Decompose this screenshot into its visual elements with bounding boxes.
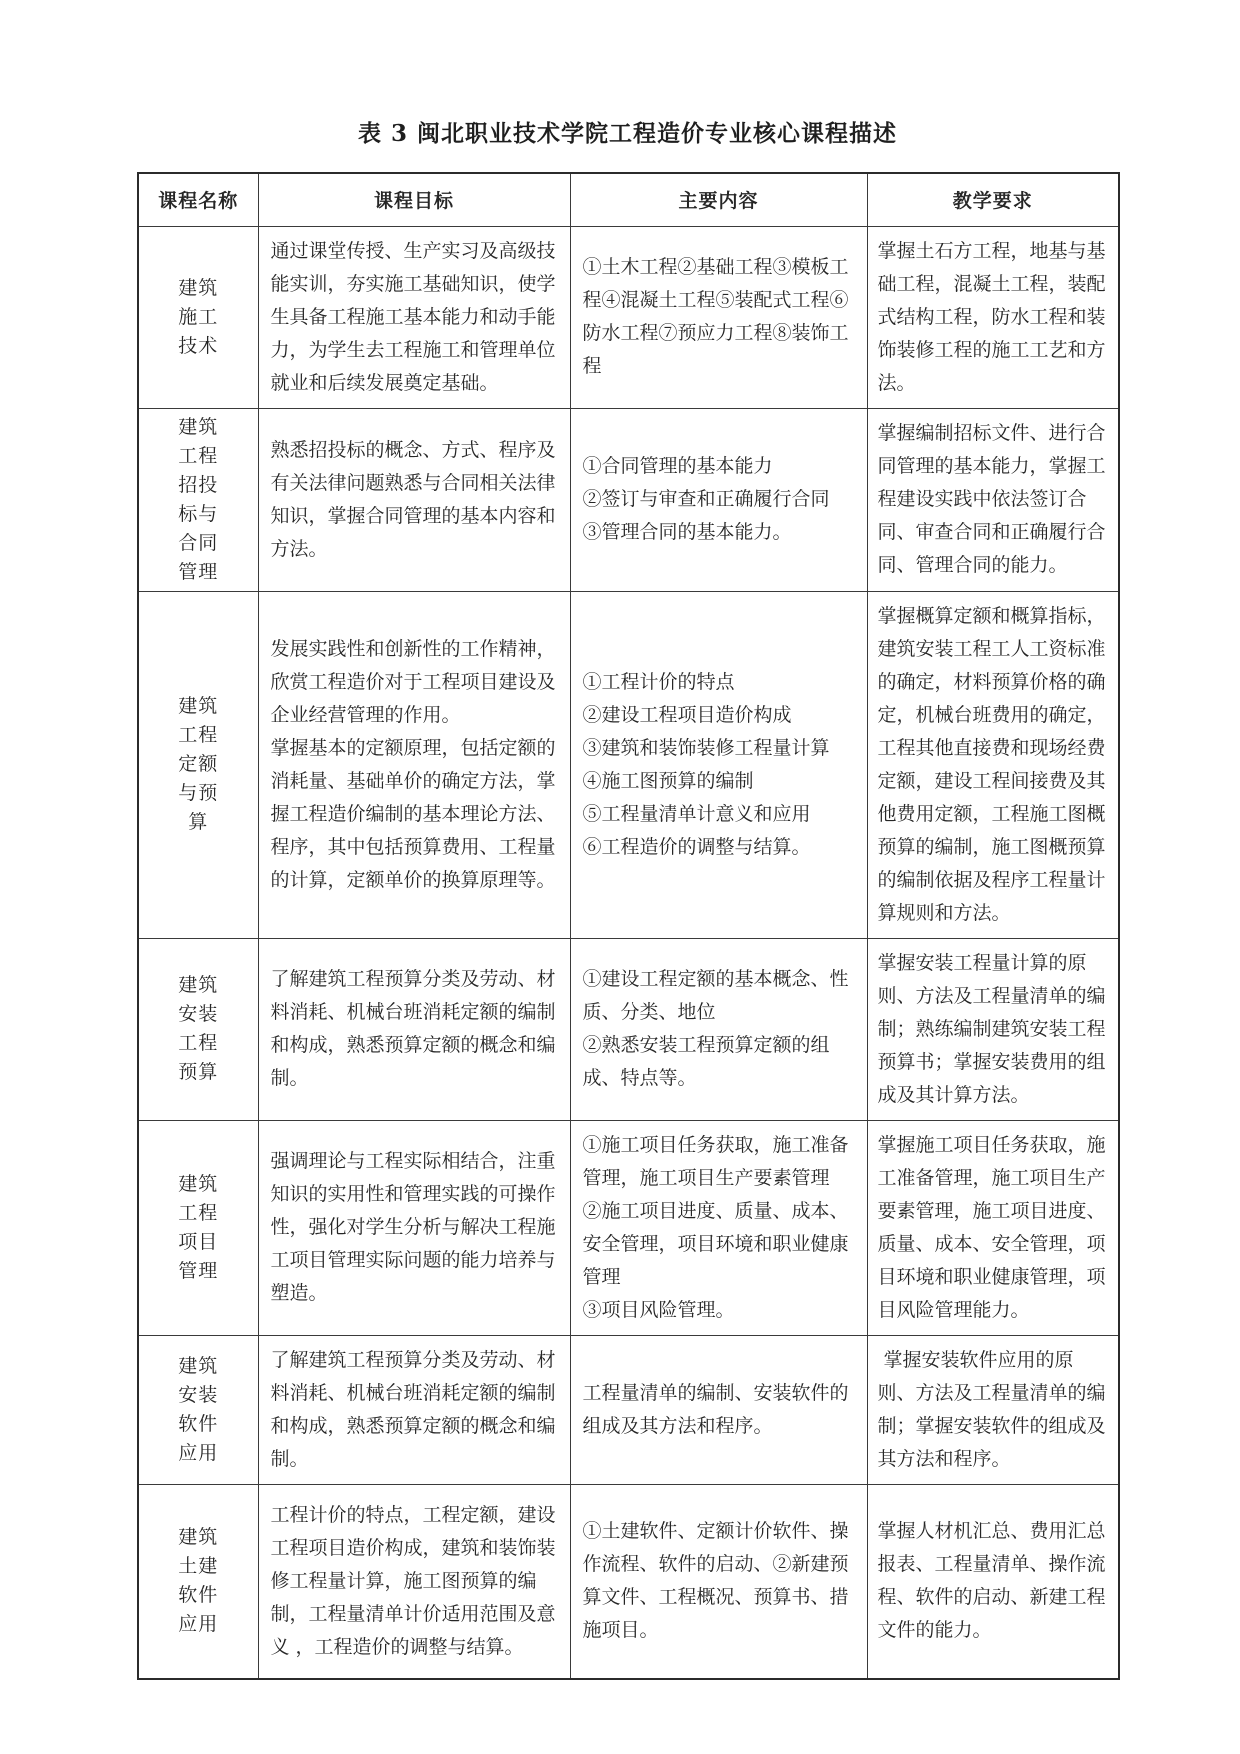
- cell-objectives: 熟悉招投标的概念、方式、程序及有关法律问题熟悉与合同相关法律知识，掌握合同管理的…: [258, 408, 570, 591]
- cell-course-name: 建筑 土建 软件 应用: [138, 1484, 258, 1679]
- table-row: 建筑 工程 招投 标与 合同 管理 熟悉招投标的概念、方式、程序及有关法律问题熟…: [138, 408, 1119, 591]
- table-row: 建筑 工程 定额 与预 算 发展实践性和创新性的工作精神，欣赏工程造价对于工程项…: [138, 591, 1119, 938]
- cell-course-name: 建筑 工程 项目 管理: [138, 1120, 258, 1335]
- cell-main-content: ①土建软件、定额计价软件、操作流程、软件的启动、②新建预算文件、工程概况、预算书…: [570, 1484, 867, 1679]
- cell-teaching-requirements: 掌握概算定额和概算指标，建筑安装工程工人工资标准的确定，材料预算价格的确定，机械…: [867, 591, 1119, 938]
- cell-teaching-requirements: 掌握安装工程量计算的原则、方法及工程量清单的编制；熟练编制建筑安装工程预算书；掌…: [867, 938, 1119, 1120]
- cell-objectives: 发展实践性和创新性的工作精神，欣赏工程造价对于工程项目建设及企业经营管理的作用。…: [258, 591, 570, 938]
- cell-course-name: 建筑 安装 软件 应用: [138, 1335, 258, 1484]
- cell-course-name: 建筑 施工 技术: [138, 226, 258, 408]
- table-row: 建筑 土建 软件 应用 工程计价的特点，工程定额，建设工程项目造价构成，建筑和装…: [138, 1484, 1119, 1679]
- cell-course-name: 建筑 安装 工程 预算: [138, 938, 258, 1120]
- course-table: 课程名称 课程目标 主要内容 教学要求 建筑 施工 技术 通过课堂传授、生产实习…: [137, 172, 1120, 1680]
- cell-main-content: ①土木工程②基础工程③模板工程④混凝土工程⑤装配式工程⑥防水工程⑦预应力工程⑧装…: [570, 226, 867, 408]
- cell-main-content: ①合同管理的基本能力 ②签订与审查和正确履行合同 ③管理合同的基本能力。: [570, 408, 867, 591]
- table-header-row: 课程名称 课程目标 主要内容 教学要求: [138, 173, 1119, 226]
- cell-main-content: ①建设工程定额的基本概念、性质、分类、地位 ②熟悉安装工程预算定额的组成、特点等…: [570, 938, 867, 1120]
- cell-teaching-requirements: 掌握人材机汇总、费用汇总 报表、工程量清单、操作流程、软件的启动、新建工程文件的…: [867, 1484, 1119, 1679]
- cell-main-content: 工程量清单的编制、安装软件的组成及其方法和程序。: [570, 1335, 867, 1484]
- column-header-main-content: 主要内容: [570, 173, 867, 226]
- cell-objectives: 强调理论与工程实际相结合，注重知识的实用性和管理实践的可操作性，强化对学生分析与…: [258, 1120, 570, 1335]
- cell-course-name: 建筑 工程 招投 标与 合同 管理: [138, 408, 258, 591]
- cell-objectives: 通过课堂传授、生产实习及高级技能实训，夯实施工基础知识，使学生具备工程施工基本能…: [258, 226, 570, 408]
- table-row: 建筑 工程 项目 管理 强调理论与工程实际相结合，注重知识的实用性和管理实践的可…: [138, 1120, 1119, 1335]
- column-header-objectives: 课程目标: [258, 173, 570, 226]
- table-caption: 表 3 闽北职业技术学院工程造价专业核心课程描述: [137, 115, 1118, 148]
- cell-objectives: 工程计价的特点，工程定额，建设工程项目造价构成，建筑和装饰装修工程量计算，施工图…: [258, 1484, 570, 1679]
- cell-teaching-requirements: 掌握安装软件应用的原则、方法及工程量清单的编制；掌握安装软件的组成及其方法和程序…: [867, 1335, 1119, 1484]
- table-row: 建筑 安装 软件 应用 了解建筑工程预算分类及劳动、材料消耗、机械台班消耗定额的…: [138, 1335, 1119, 1484]
- document-page: 表 3 闽北职业技术学院工程造价专业核心课程描述 课程名称 课程目标 主要内容 …: [0, 0, 1240, 1754]
- table-row: 建筑 施工 技术 通过课堂传授、生产实习及高级技能实训，夯实施工基础知识，使学生…: [138, 226, 1119, 408]
- cell-main-content: ①工程计价的特点 ②建设工程项目造价构成 ③建筑和装饰装修工程量计算 ④施工图预…: [570, 591, 867, 938]
- cell-teaching-requirements: 掌握土石方工程，地基与基础工程，混凝土工程，装配式结构工程，防水工程和装饰装修工…: [867, 226, 1119, 408]
- cell-course-name: 建筑 工程 定额 与预 算: [138, 591, 258, 938]
- column-header-course-name: 课程名称: [138, 173, 258, 226]
- cell-teaching-requirements: 掌握编制招标文件、进行合同管理的基本能力，掌握工程建设实践中依法签订合同、审查合…: [867, 408, 1119, 591]
- cell-main-content: ①施工项目任务获取，施工准备管理，施工项目生产要素管理 ②施工项目进度、质量、成…: [570, 1120, 867, 1335]
- cell-teaching-requirements: 掌握施工项目任务获取，施工准备管理，施工项目生产要素管理，施工项目进度、质量、成…: [867, 1120, 1119, 1335]
- cell-objectives: 了解建筑工程预算分类及劳动、材料消耗、机械台班消耗定额的编制和构成，熟悉预算定额…: [258, 938, 570, 1120]
- table-row: 建筑 安装 工程 预算 了解建筑工程预算分类及劳动、材料消耗、机械台班消耗定额的…: [138, 938, 1119, 1120]
- cell-objectives: 了解建筑工程预算分类及劳动、材料消耗、机械台班消耗定额的编制和构成，熟悉预算定额…: [258, 1335, 570, 1484]
- column-header-teaching-requirements: 教学要求: [867, 173, 1119, 226]
